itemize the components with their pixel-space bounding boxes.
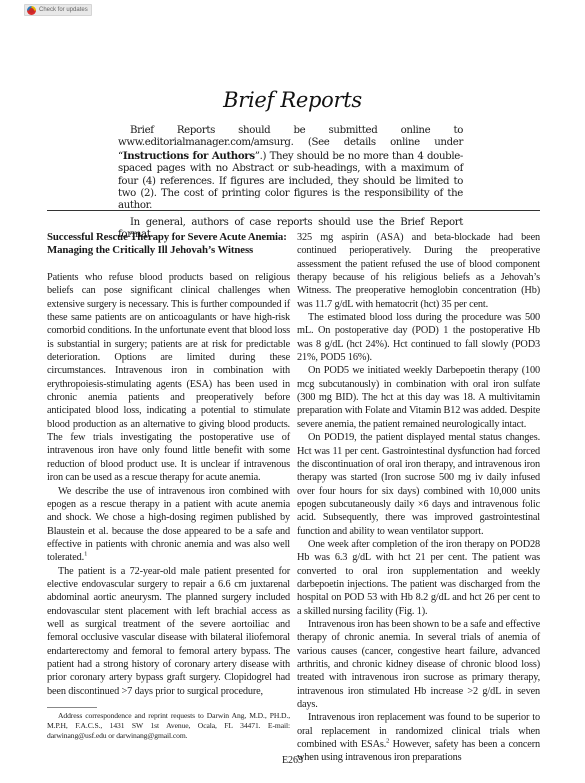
page-number: E263 (0, 755, 585, 766)
intro-paragraph: Brief Reports should be submitted online… (118, 125, 463, 213)
instructions-for-authors-link: Instructions for Authors (123, 150, 255, 162)
section-intro: Brief Reports should be submitted online… (118, 125, 463, 242)
crossmark-icon (27, 6, 36, 15)
footnote-divider (47, 707, 97, 708)
left-column: Successful Rescue Therapy for Severe Acu… (47, 231, 290, 698)
right-column: 325 mg aspirin (ASA) and beta-blockade h… (297, 231, 540, 765)
body-paragraph: 325 mg aspirin (ASA) and beta-blockade h… (297, 231, 540, 311)
body-paragraph: Patients who refuse blood products based… (47, 271, 290, 485)
body-paragraph: We describe the use of intravenous iron … (47, 485, 290, 565)
body-paragraph: The estimated blood loss during the proc… (297, 311, 540, 364)
body-paragraph: On POD5 we initiated weekly Darbepoetin … (297, 364, 540, 431)
body-paragraph: The patient is a 72-year-old male patien… (47, 565, 290, 698)
section-title: Brief Reports (0, 88, 585, 112)
correspondence-footnote: Address correspondence and reprint reque… (47, 711, 290, 741)
footnote-text: Address correspondence and reprint reque… (47, 711, 290, 741)
article-title: Successful Rescue Therapy for Severe Acu… (47, 231, 290, 257)
body-paragraph: Intravenous iron has been shown to be a … (297, 618, 540, 711)
section-divider (47, 210, 540, 211)
reference-marker[interactable]: 1 (84, 551, 87, 558)
body-paragraph: On POD19, the patient displayed mental s… (297, 431, 540, 538)
body-paragraph: One week after completion of the iron th… (297, 538, 540, 618)
check-for-updates-label: Check for updates (39, 7, 88, 13)
check-for-updates-button[interactable]: Check for updates (24, 4, 92, 16)
